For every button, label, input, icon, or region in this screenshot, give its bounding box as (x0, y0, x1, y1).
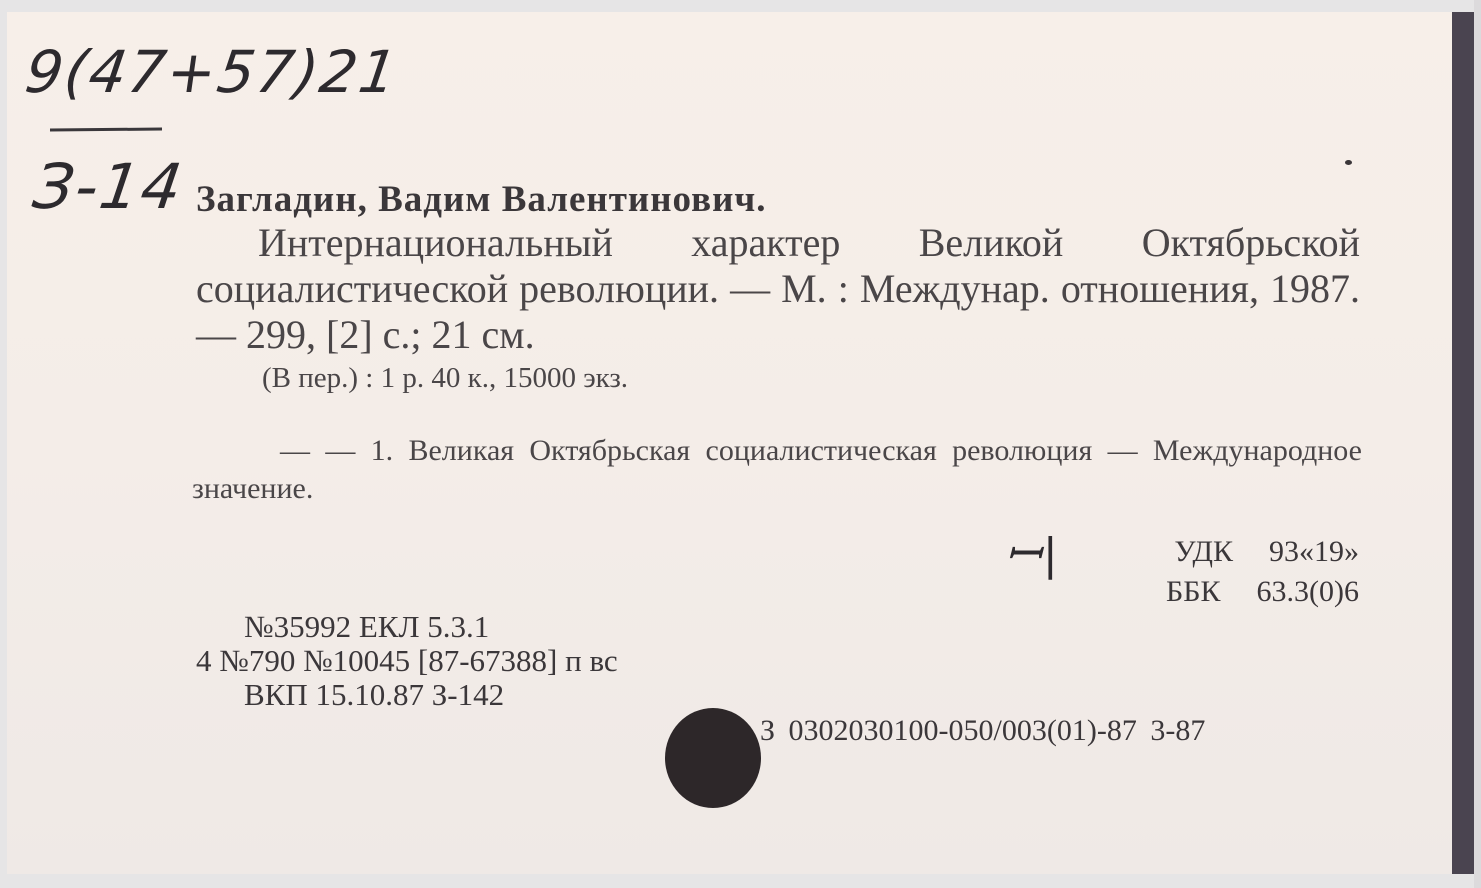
udk-label: УДК (1174, 535, 1233, 568)
bbk-row: ББК63.3(0)6 (1166, 572, 1359, 612)
bbk-value: 63.3(0)6 (1257, 575, 1359, 608)
ink-dot (1345, 160, 1352, 165)
catalog-code: З 0302030100-050/003(01)-87 3-87 (760, 714, 1205, 748)
subject-text: — — 1. Великая Октябрьская социалистичес… (192, 434, 1362, 505)
scan-border (1474, 0, 1481, 888)
punch-hole (665, 708, 761, 808)
title-statement: Интернациональный характер Великой Октяб… (196, 220, 1360, 358)
handwritten-margin-mark: ꟷ| (1005, 522, 1060, 582)
technical-line-3: ВКП 15.10.87 З-142 (244, 678, 504, 712)
handwritten-shelf-mark: 9(47+57)21 (21, 38, 403, 106)
handwritten-author-mark: З-14 (29, 150, 188, 223)
author-heading: Загладин, Вадим Валентинович. (196, 178, 767, 221)
card-edge-shadow (1452, 12, 1474, 874)
price-line: (В пер.) : 1 р. 40 к., 15000 экз. (262, 362, 628, 395)
udk-value: 93«19» (1269, 535, 1359, 568)
udk-row: УДК93«19» (1166, 532, 1359, 572)
title-text: Интернациональный характер Великой Октяб… (196, 220, 1360, 357)
classification-block: УДК93«19» ББК63.3(0)6 (1166, 532, 1359, 612)
technical-line-2: 4 №790 №10045 [87-67388] п вс (196, 644, 618, 678)
bbk-label: ББК (1166, 575, 1220, 608)
technical-line-1: №35992 ЕКЛ 5.3.1 (244, 610, 489, 644)
subject-heading: — — 1. Великая Октябрьская социалистичес… (192, 432, 1362, 508)
